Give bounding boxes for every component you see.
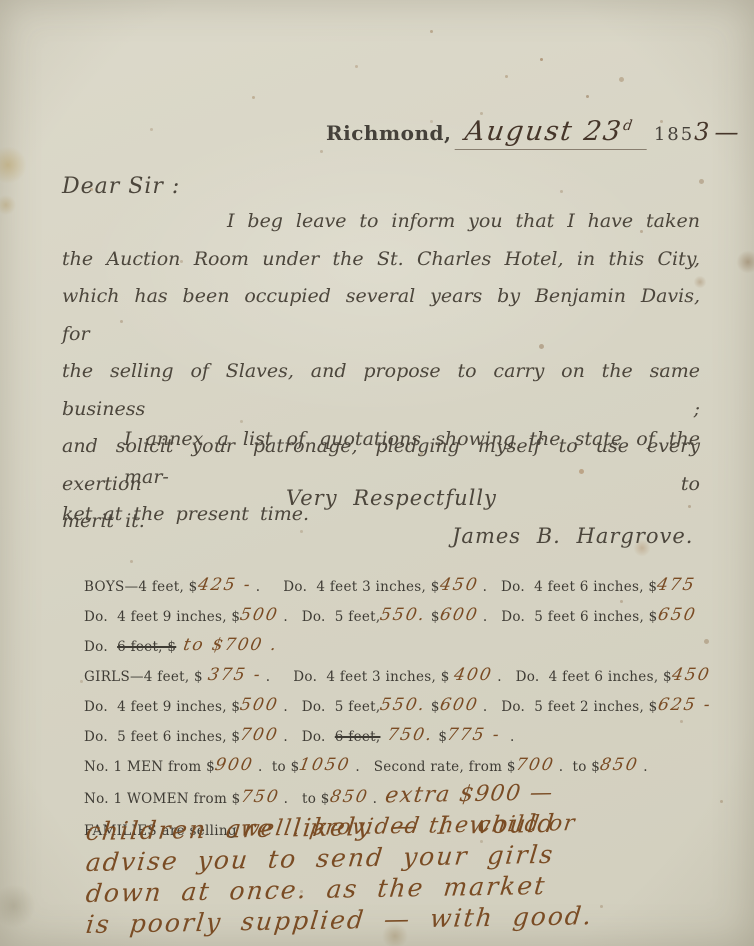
handwritten-segment: 550. (378, 601, 429, 630)
salutation: Dear Sir : (62, 174, 180, 199)
handwritten-segment: 375 - (205, 661, 264, 690)
printed-segment: No. 1 WOMEN from $ (84, 791, 241, 807)
handwritten-segment: 1050 (297, 751, 353, 780)
printed-segment: Do. 4 feet 9 inches, $ (84, 609, 240, 625)
printed-segment: GIRLS—4 feet, $ (84, 669, 208, 685)
printed-segment: . Do. (279, 729, 335, 745)
price-line: GIRLS—4 feet, $ 375 - . Do. 4 feet 3 inc… (84, 662, 724, 692)
printed-segment: Do. (84, 639, 117, 655)
dateline-dash: — (715, 118, 740, 146)
handwritten-segment: 650 (655, 601, 699, 630)
price-line: BOYS—4 feet, $425 - . Do. 4 feet 3 inche… (84, 572, 724, 602)
handwritten-segment: 475 (655, 571, 699, 600)
handwritten-segment: 550. (378, 691, 429, 720)
year-printed: 185 (654, 124, 694, 145)
handwritten-segment: 750. (378, 721, 436, 750)
price-line: Do. 5 feet 6 inches, $700 . Do. 6 feet, … (84, 722, 724, 752)
printed-segment: . Do. 5 feet 2 inches, $ (478, 699, 657, 715)
printed-segment: . Do. 5 feet 6 inches, $ (478, 609, 657, 625)
handwritten-segment: 700 (238, 721, 282, 750)
dateline-place: Richmond, (326, 121, 451, 145)
price-line: Do. 4 feet 9 inches, $500 . Do. 5 feet,5… (84, 602, 724, 632)
signature: James B. Hargrove. (452, 524, 693, 548)
handwritten-segment: 850 (598, 751, 642, 780)
handwritten-segment: 750 (238, 783, 282, 812)
paper-stains (0, 0, 3, 3)
printed-segment: . Second rate, from $ (351, 759, 516, 775)
handwritten-segment: 625 - (655, 691, 714, 720)
printed-segment: . to $ (554, 759, 600, 775)
postscript: children are likely — I wouldadvise you … (86, 816, 714, 940)
handwritten-segment: to $700 . (174, 631, 281, 660)
handwritten-segment: 500 (238, 691, 282, 720)
printed-segment: No. 1 MEN from $ (84, 759, 215, 775)
handwritten-segment: 600 (437, 601, 481, 630)
annex-paragraph: I annex a list of quotations showing the… (62, 421, 700, 534)
handwritten-segment: 500 (238, 601, 282, 630)
dateline: Richmond, August 23d 1853 — (326, 116, 740, 150)
body-line: I beg leave to inform you that I have ta… (62, 203, 700, 241)
price-list: BOYS—4 feet, $425 - . Do. 4 feet 3 inche… (84, 572, 724, 846)
price-line: Do. 4 feet 9 inches, $500 . Do. 5 feet,5… (84, 692, 724, 722)
handwritten-segment: 775 - (445, 721, 504, 750)
struck-printed-segment: 6 feet, (335, 729, 381, 745)
printed-segment: . Do. 5 feet, (279, 699, 381, 715)
handwritten-segment: 700 (513, 751, 557, 780)
printed-segment: . Do. 4 feet 3 inches, $ (261, 669, 454, 685)
handwritten-segment: 850 (327, 783, 371, 812)
handwritten-segment: 400 (452, 661, 496, 690)
printed-segment: . Do. 4 feet 6 inches, $ (478, 579, 657, 595)
price-line: Do. 6 feet, $ to $700 . (84, 632, 724, 662)
price-line: No. 1 MEN from $900 . to $1050 . Second … (84, 752, 724, 782)
struck-printed-segment: 6 feet, $ (117, 639, 176, 655)
printed-segment: . Do. 5 feet, (279, 609, 381, 625)
printed-segment: . Do. 4 feet 6 inches, $ (493, 669, 672, 685)
printed-segment: . Do. 4 feet 3 inches, $ (251, 579, 439, 595)
handwritten-segment: 425 - (195, 571, 254, 600)
dateline-date-handwritten: August 23d (454, 116, 651, 150)
closing: Very Respectfully (286, 486, 497, 510)
printed-segment: . to $ (253, 759, 299, 775)
printed-segment: Do. 5 feet 6 inches, $ (84, 729, 240, 745)
handwritten-segment: 450 (669, 661, 713, 690)
handwritten-segment: extra $900 — (375, 778, 556, 810)
body-line: which has been occupied several years by… (62, 278, 700, 353)
handwritten-segment: 450 (437, 571, 481, 600)
printed-segment: . to $ (279, 791, 330, 807)
body-line: the selling of Slaves, and propose to ca… (62, 353, 700, 428)
date-superscript: d (622, 118, 635, 134)
printed-segment: Do. 4 feet 9 inches, $ (84, 699, 240, 715)
body-line: the Auction Room under the St. Charles H… (62, 241, 700, 279)
annex-line: I annex a list of quotations showing the… (62, 421, 700, 496)
printed-segment: BOYS—4 feet, $ (84, 579, 198, 595)
year-handwritten-digit: 3 (694, 118, 709, 146)
printed-segment: . (501, 729, 515, 745)
handwritten-segment: 600 (437, 691, 481, 720)
printed-segment: . (639, 759, 648, 775)
letter-page: Richmond, August 23d 1853 — Dear Sir : I… (0, 0, 754, 946)
handwritten-segment: 900 (212, 751, 256, 780)
